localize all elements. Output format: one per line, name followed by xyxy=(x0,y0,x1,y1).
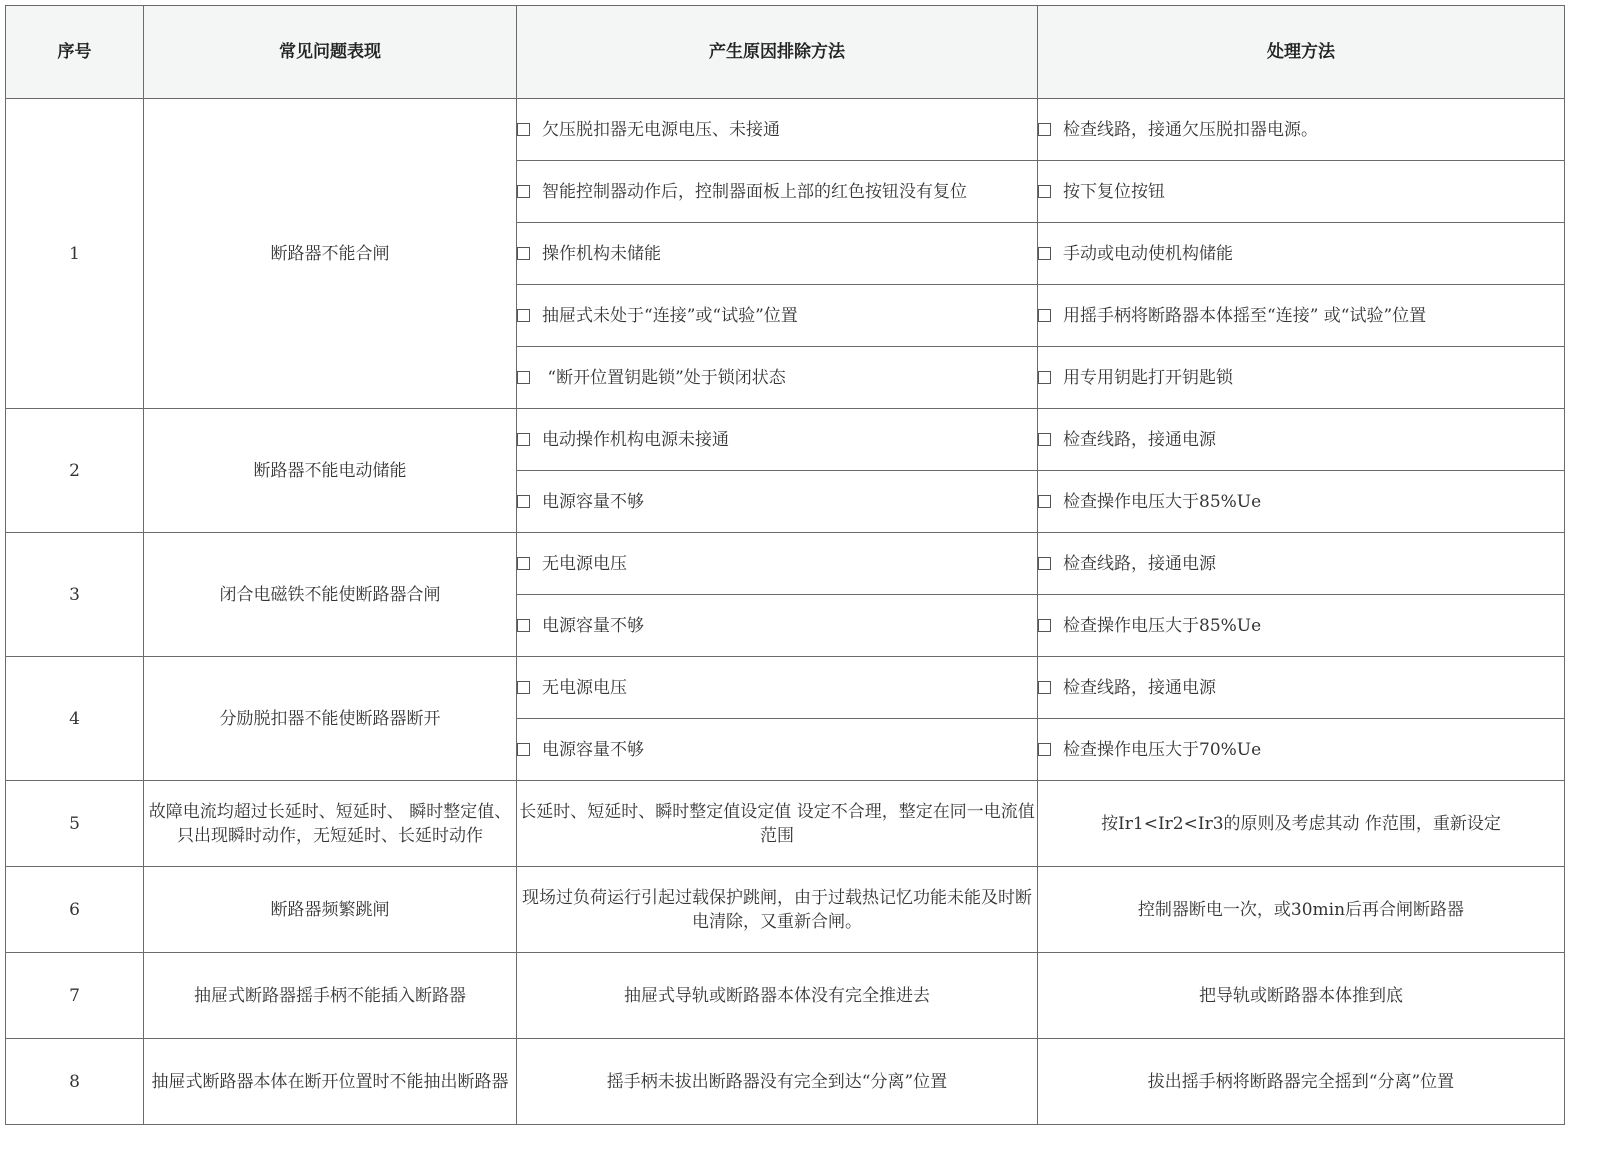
fix-cell: 用专用钥匙打开钥匙锁 xyxy=(1038,347,1565,409)
checkbox-icon xyxy=(517,619,530,632)
table-row: 3 闭合电磁铁不能使断路器合闸 无电源电压 检查线路，接通电源 xyxy=(6,533,1565,595)
checkbox-icon xyxy=(1038,309,1051,322)
fix-text: 检查线路，接通欠压脱扣器电源。 xyxy=(1063,120,1318,140)
checkbox-icon xyxy=(517,371,530,384)
cause-text: 欠压脱扣器无电源电压、未接通 xyxy=(542,120,780,140)
fix-cell: 按Ir1<Ir2<Ir3的原则及考虑其动 作范围，重新设定 xyxy=(1038,781,1565,867)
cause-text: “断开位置钥匙锁”处于锁闭状态 xyxy=(542,368,786,388)
fix-cell: 检查操作电压大于70%Ue xyxy=(1038,719,1565,781)
header-cause: 产生原因排除方法 xyxy=(517,6,1038,99)
checkbox-icon xyxy=(517,743,530,756)
checkbox-icon xyxy=(517,247,530,260)
table-row: 4 分励脱扣器不能使断路器断开 无电源电压 检查线路，接通电源 xyxy=(6,657,1565,719)
cause-cell: “断开位置钥匙锁”处于锁闭状态 xyxy=(517,347,1038,409)
checkbox-icon xyxy=(1038,371,1051,384)
checkbox-icon xyxy=(517,681,530,694)
checkbox-icon xyxy=(1038,185,1051,198)
table-row: 2 断路器不能电动储能 电动操作机构电源未接通 检查线路，接通电源 xyxy=(6,409,1565,471)
checkbox-icon xyxy=(517,433,530,446)
cause-cell: 电动操作机构电源未接通 xyxy=(517,409,1038,471)
cause-cell: 长延时、短延时、瞬时整定值设定值 设定不合理，整定在同一电流值范围 xyxy=(517,781,1038,867)
fix-text: 手动或电动使机构储能 xyxy=(1063,244,1233,264)
cause-text: 无电源电压 xyxy=(542,554,627,574)
fix-text: 检查线路，接通电源 xyxy=(1063,430,1216,450)
checkbox-icon xyxy=(1038,557,1051,570)
fix-cell: 检查线路，接通电源 xyxy=(1038,533,1565,595)
issue-cell: 故障电流均超过长延时、短延时、 瞬时整定值、只出现瞬时动作，无短延时、长延时动作 xyxy=(144,781,517,867)
fix-cell: 检查线路，接通欠压脱扣器电源。 xyxy=(1038,99,1565,161)
row-number: 1 xyxy=(6,99,144,409)
cause-text: 抽屉式未处于“连接”或“试验”位置 xyxy=(542,306,798,326)
row-number: 3 xyxy=(6,533,144,657)
issue-cell: 断路器不能合闸 xyxy=(144,99,517,409)
cause-text: 电源容量不够 xyxy=(542,492,644,512)
issue-cell: 断路器频繁跳闸 xyxy=(144,867,517,953)
row-number: 2 xyxy=(6,409,144,533)
issue-cell: 断路器不能电动储能 xyxy=(144,409,517,533)
cause-cell: 智能控制器动作后，控制器面板上部的红色按钮没有复位 xyxy=(517,161,1038,223)
row-number: 6 xyxy=(6,867,144,953)
cause-cell: 现场过负荷运行引起过载保护跳闸，由于过载热记忆功能未能及时断电清除，又重新合闸。 xyxy=(517,867,1038,953)
fix-cell: 手动或电动使机构储能 xyxy=(1038,223,1565,285)
issue-cell: 抽屉式断路器摇手柄不能插入断路器 xyxy=(144,953,517,1039)
row-number: 5 xyxy=(6,781,144,867)
fix-text: 检查线路，接通电源 xyxy=(1063,554,1216,574)
row-number: 4 xyxy=(6,657,144,781)
cause-cell: 无电源电压 xyxy=(517,533,1038,595)
table-row: 6 断路器频繁跳闸 现场过负荷运行引起过载保护跳闸，由于过载热记忆功能未能及时断… xyxy=(6,867,1565,953)
cause-cell: 摇手柄未拔出断路器没有完全到达“分离”位置 xyxy=(517,1039,1038,1125)
fix-cell: 把导轨或断路器本体推到底 xyxy=(1038,953,1565,1039)
fix-text: 按下复位按钮 xyxy=(1063,182,1165,202)
fault-troubleshooting-table: 序号 常见问题表现 产生原因排除方法 处理方法 1 断路器不能合闸 欠压脱扣器无… xyxy=(5,5,1565,1125)
checkbox-icon xyxy=(1038,123,1051,136)
cause-cell: 抽屉式未处于“连接”或“试验”位置 xyxy=(517,285,1038,347)
cause-cell: 欠压脱扣器无电源电压、未接通 xyxy=(517,99,1038,161)
fix-cell: 检查线路，接通电源 xyxy=(1038,657,1565,719)
checkbox-icon xyxy=(517,123,530,136)
issue-cell: 分励脱扣器不能使断路器断开 xyxy=(144,657,517,781)
row-number: 7 xyxy=(6,953,144,1039)
cause-cell: 无电源电压 xyxy=(517,657,1038,719)
cause-text: 智能控制器动作后，控制器面板上部的红色按钮没有复位 xyxy=(542,182,967,202)
checkbox-icon xyxy=(517,557,530,570)
checkbox-icon xyxy=(517,309,530,322)
fix-cell: 检查操作电压大于85%Ue xyxy=(1038,471,1565,533)
fix-text: 检查操作电压大于85%Ue xyxy=(1063,492,1261,512)
table-row: 5 故障电流均超过长延时、短延时、 瞬时整定值、只出现瞬时动作，无短延时、长延时… xyxy=(6,781,1565,867)
fix-cell: 按下复位按钮 xyxy=(1038,161,1565,223)
header-issue: 常见问题表现 xyxy=(144,6,517,99)
fix-cell: 用摇手柄将断路器本体摇至“连接” 或“试验”位置 xyxy=(1038,285,1565,347)
fix-cell: 检查线路，接通电源 xyxy=(1038,409,1565,471)
cause-text: 电动操作机构电源未接通 xyxy=(542,430,729,450)
header-no: 序号 xyxy=(6,6,144,99)
fix-text: 用专用钥匙打开钥匙锁 xyxy=(1063,368,1233,388)
cause-cell: 操作机构未储能 xyxy=(517,223,1038,285)
fix-text: 检查操作电压大于70%Ue xyxy=(1063,740,1261,760)
header-fix: 处理方法 xyxy=(1038,6,1565,99)
fix-cell: 检查操作电压大于85%Ue xyxy=(1038,595,1565,657)
checkbox-icon xyxy=(1038,743,1051,756)
cause-cell: 抽屉式导轨或断路器本体没有完全推进去 xyxy=(517,953,1038,1039)
cause-text: 电源容量不够 xyxy=(542,616,644,636)
checkbox-icon xyxy=(1038,495,1051,508)
fix-text: 用摇手柄将断路器本体摇至“连接” 或“试验”位置 xyxy=(1063,306,1426,326)
row-number: 8 xyxy=(6,1039,144,1125)
fix-text: 检查操作电压大于85%Ue xyxy=(1063,616,1261,636)
table-header-row: 序号 常见问题表现 产生原因排除方法 处理方法 xyxy=(6,6,1565,99)
checkbox-icon xyxy=(517,495,530,508)
cause-text: 电源容量不够 xyxy=(542,740,644,760)
checkbox-icon xyxy=(1038,247,1051,260)
table-row: 8 抽屉式断路器本体在断开位置时不能抽出断路器 摇手柄未拔出断路器没有完全到达“… xyxy=(6,1039,1565,1125)
fix-cell: 控制器断电一次，或30min后再合闸断路器 xyxy=(1038,867,1565,953)
checkbox-icon xyxy=(517,185,530,198)
checkbox-icon xyxy=(1038,619,1051,632)
cause-cell: 电源容量不够 xyxy=(517,471,1038,533)
fix-cell: 拔出摇手柄将断路器完全摇到“分离”位置 xyxy=(1038,1039,1565,1125)
issue-cell: 闭合电磁铁不能使断路器合闸 xyxy=(144,533,517,657)
cause-cell: 电源容量不够 xyxy=(517,719,1038,781)
table-row: 7 抽屉式断路器摇手柄不能插入断路器 抽屉式导轨或断路器本体没有完全推进去 把导… xyxy=(6,953,1565,1039)
table-row: 1 断路器不能合闸 欠压脱扣器无电源电压、未接通 检查线路，接通欠压脱扣器电源。 xyxy=(6,99,1565,161)
cause-text: 操作机构未储能 xyxy=(542,244,661,264)
issue-cell: 抽屉式断路器本体在断开位置时不能抽出断路器 xyxy=(144,1039,517,1125)
checkbox-icon xyxy=(1038,433,1051,446)
fix-text: 检查线路，接通电源 xyxy=(1063,678,1216,698)
cause-cell: 电源容量不够 xyxy=(517,595,1038,657)
checkbox-icon xyxy=(1038,681,1051,694)
cause-text: 无电源电压 xyxy=(542,678,627,698)
